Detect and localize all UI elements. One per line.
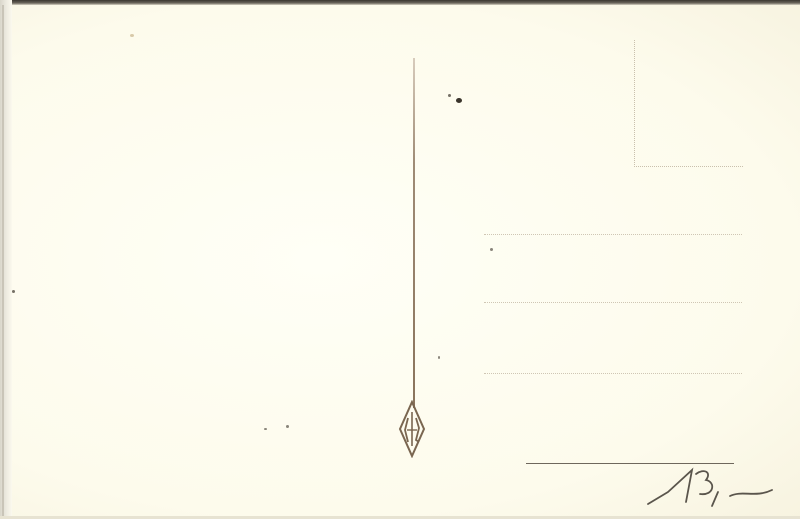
ink-speck [456, 98, 462, 103]
publisher-monogram-icon [398, 400, 426, 458]
address-line-3 [484, 373, 742, 374]
stamp-area [634, 40, 743, 167]
address-line-underline [526, 463, 734, 464]
address-line-2 [484, 302, 742, 303]
ink-speck [264, 428, 267, 430]
center-divider-line [413, 58, 415, 408]
ink-speck [12, 290, 15, 293]
scan-left-edge [0, 0, 12, 519]
scan-top-edge [0, 0, 800, 5]
ink-speck [448, 94, 451, 97]
paper-spot [130, 34, 134, 37]
postcard-back [0, 0, 800, 519]
handwritten-price [646, 466, 786, 510]
ink-speck [490, 248, 493, 251]
address-line-1 [484, 234, 742, 235]
ink-speck [438, 356, 440, 359]
ink-speck [286, 425, 289, 428]
